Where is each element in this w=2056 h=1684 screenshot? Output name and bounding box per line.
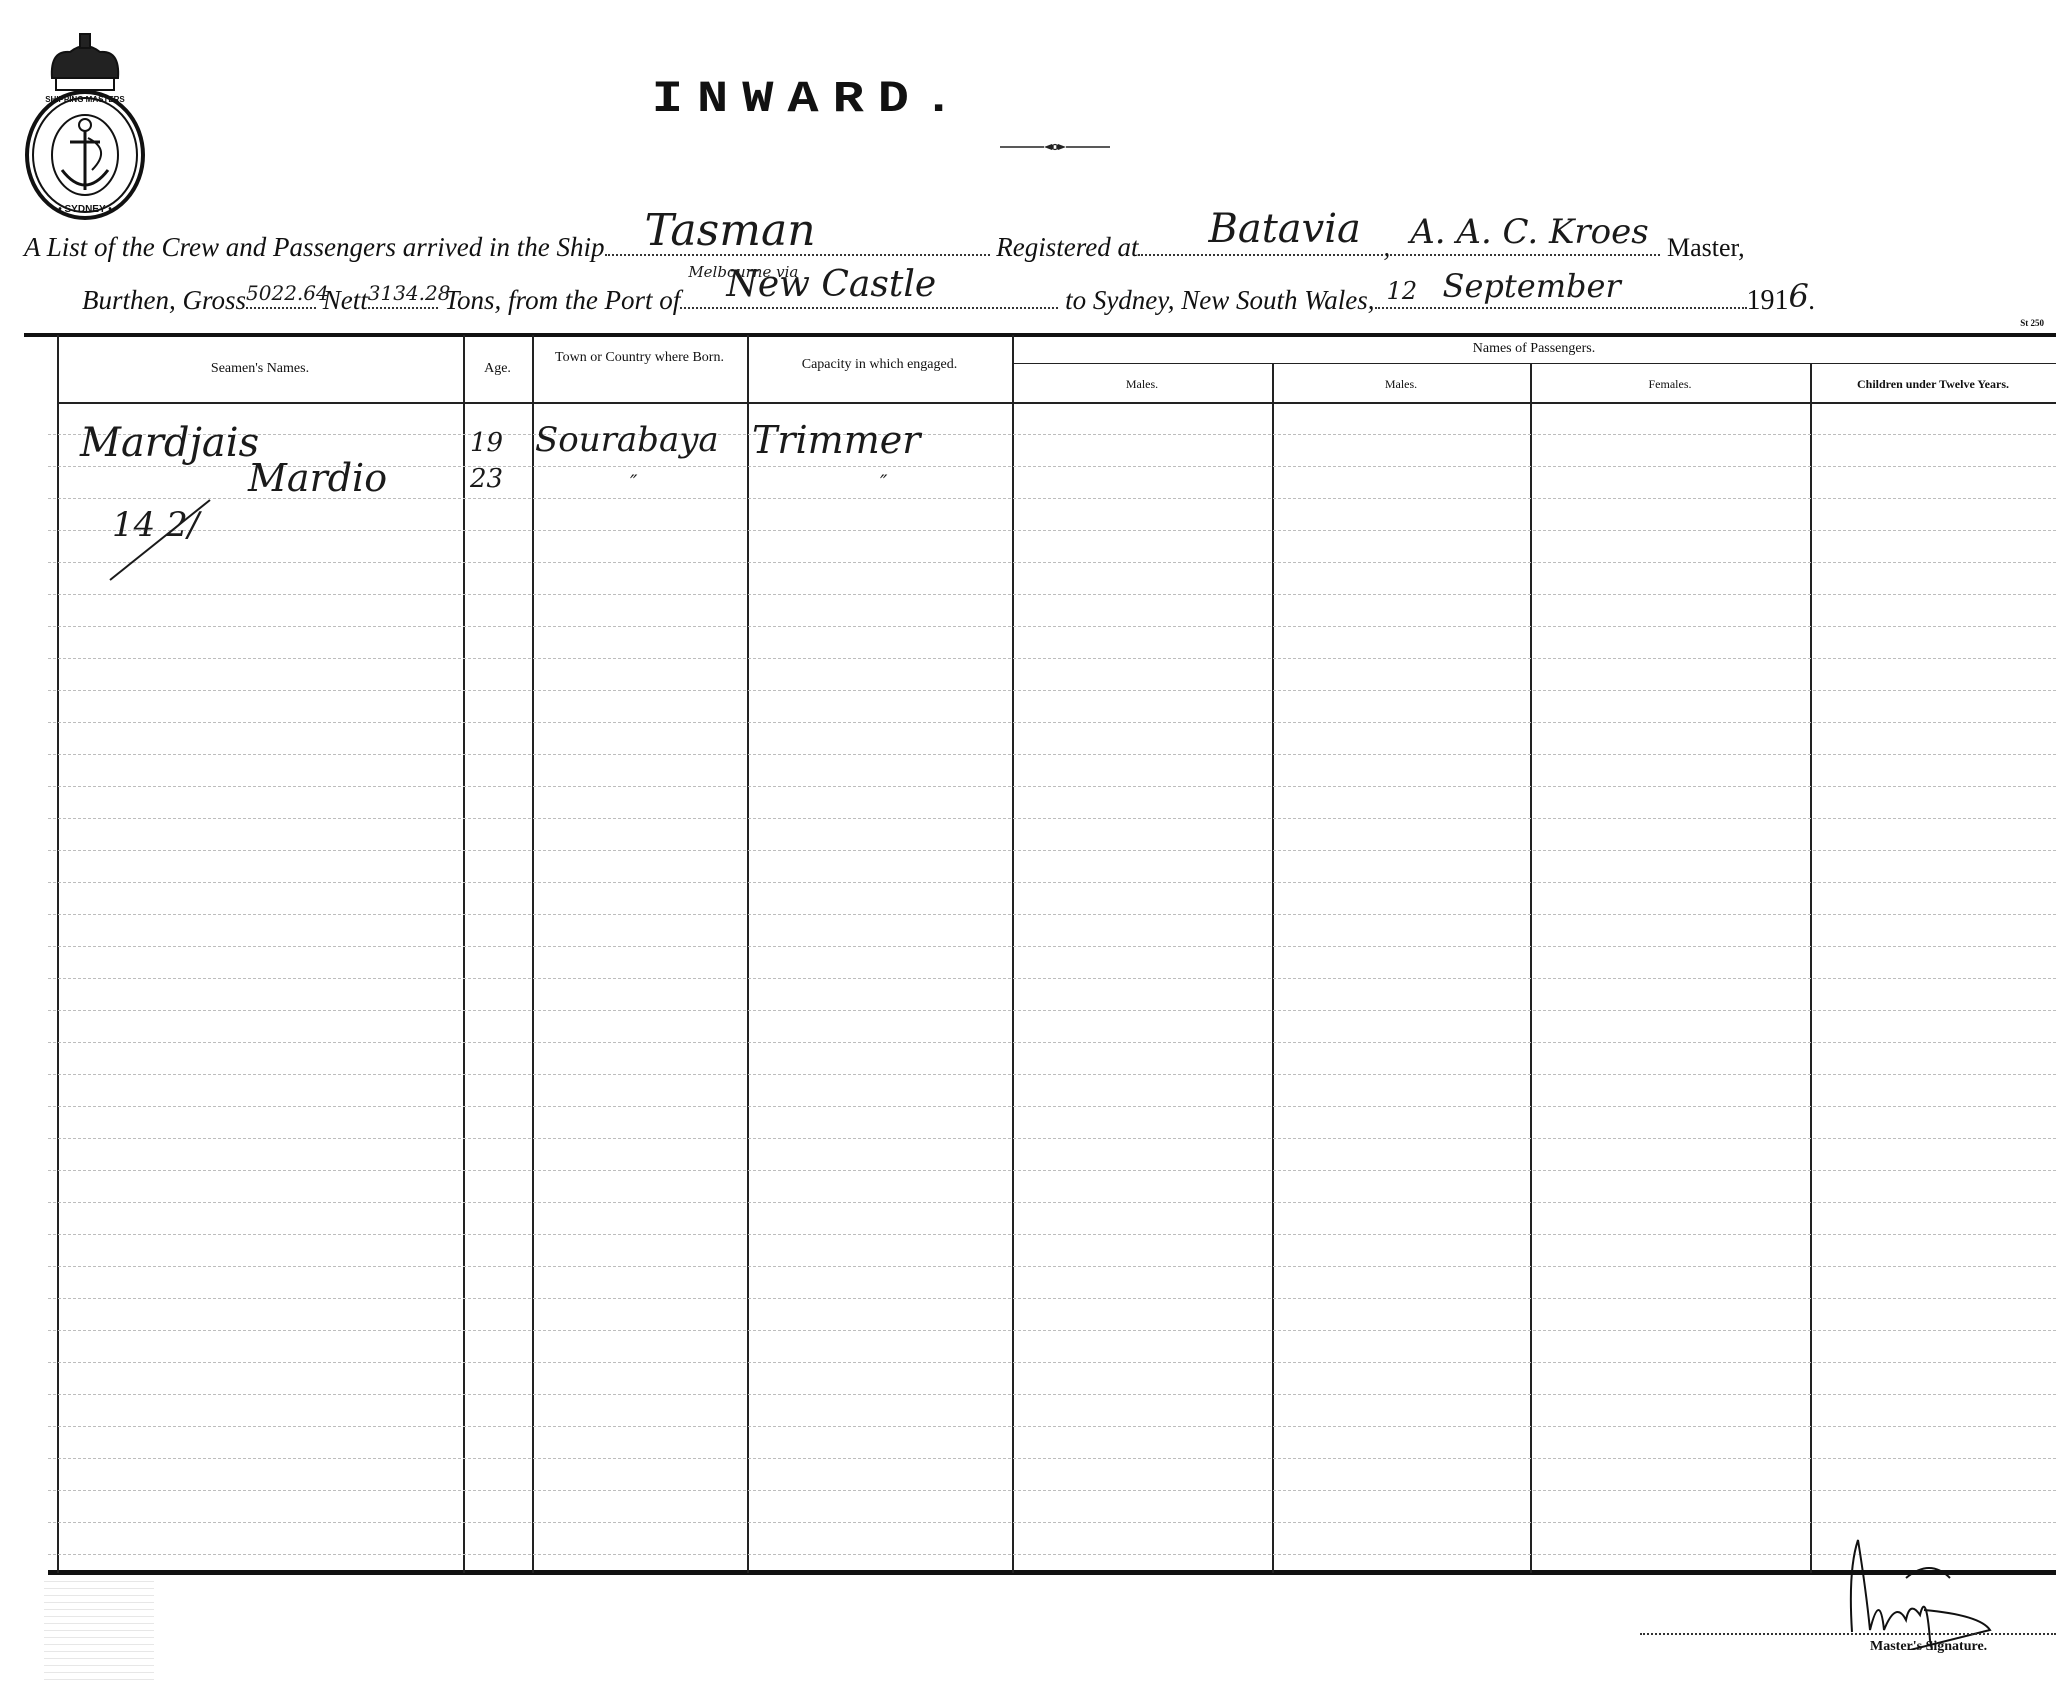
column-header-town-born: Town or Country where Born.	[552, 350, 727, 366]
column-divider	[1810, 364, 1812, 1573]
nett-label: Nett	[323, 285, 368, 315]
master-signature-label: Master's Signature.	[1870, 1639, 1987, 1655]
nett-tons-field: 3134.28	[368, 281, 438, 309]
ruled-line	[48, 1074, 2056, 1076]
year-period: .	[1809, 285, 1816, 315]
table-header-bottom-rule	[57, 402, 2056, 404]
column-header-age: Age.	[463, 361, 532, 377]
registered-at-label: Registered at	[996, 232, 1138, 262]
table-top-rule	[24, 333, 2056, 337]
ruled-line	[48, 626, 2056, 628]
arrival-date-field: 12September	[1375, 281, 1747, 309]
passengers-subheader-rule	[1012, 363, 2056, 364]
ruled-line	[48, 754, 2056, 756]
master-signature-scribble	[1840, 1530, 2020, 1650]
row-1-age: 19	[470, 428, 503, 458]
column-divider	[747, 335, 749, 1573]
ruled-line	[48, 722, 2056, 724]
column-header-males-1: Males.	[1012, 376, 1272, 392]
column-divider	[1012, 335, 1014, 1573]
ruled-line	[48, 434, 2056, 436]
comma-separator: ,	[1383, 232, 1390, 262]
row-2-capacity-ditto: ″	[880, 470, 887, 494]
ruled-line	[48, 1010, 2056, 1012]
registered-port-value: Batavia	[1208, 206, 1360, 252]
ruled-line	[48, 882, 2056, 884]
ruled-line	[48, 978, 2056, 980]
ship-name-field: Tasman	[605, 228, 990, 256]
ruled-line	[48, 1394, 2056, 1396]
shipping-masters-crest-icon: • SYDNEY • SHIPPING MASTERS	[22, 30, 148, 220]
ruled-line	[48, 1138, 2056, 1140]
margin-bleed-texture	[44, 1580, 154, 1680]
ruled-line	[48, 946, 2056, 948]
ruled-line	[48, 1458, 2056, 1460]
ruled-line	[48, 1170, 2056, 1172]
gross-tons-field: 5022.64	[246, 281, 316, 309]
list-caption: A List of the Crew and Passengers arrive…	[24, 232, 605, 262]
column-header-children: Children under Twelve Years.	[1810, 376, 2056, 392]
ruled-line	[48, 1522, 2056, 1524]
ruled-line	[48, 562, 2056, 564]
column-header-males-2: Males.	[1272, 376, 1530, 392]
ruled-line	[48, 786, 2056, 788]
ruled-line	[48, 658, 2056, 660]
master-name-field: A. A. C. Kroes	[1390, 228, 1660, 256]
gross-tons-value: 5022.64	[246, 281, 329, 305]
crest-sydney-text: • SYDNEY •	[58, 204, 112, 215]
header-line-ship: A List of the Crew and Passengers arrive…	[24, 228, 1745, 263]
ruled-line	[48, 914, 2056, 916]
port-from-field: Melbourne viaNew Castle	[680, 281, 1058, 309]
row-1-birthplace: Sourabaya	[535, 420, 719, 460]
column-divider	[57, 335, 59, 1573]
year-handwritten-digit: 6	[1789, 277, 1809, 315]
page-title: INWARD.	[0, 74, 1620, 124]
table-bottom-rule	[48, 1570, 2056, 1575]
ruled-line	[48, 1490, 2056, 1492]
to-sydney-label: to Sydney, New South Wales,	[1065, 285, 1374, 315]
row-1-capacity: Trimmer	[752, 418, 920, 462]
master-name-value: A. A. C. Kroes	[1410, 212, 1648, 252]
ruled-line	[48, 594, 2056, 596]
row-1-seaman-name: Mardjais	[80, 420, 259, 466]
ruled-line	[48, 1234, 2056, 1236]
column-divider	[1530, 364, 1532, 1573]
header-line-burthen: Burthen, Gross5022.64 Nett3134.28 Tons, …	[82, 279, 1816, 317]
row-2-seaman-name: Mardio	[248, 456, 387, 500]
row-2-age: 23	[470, 464, 503, 494]
title-flourish-divider	[1000, 140, 1110, 154]
column-divider	[1272, 364, 1274, 1573]
ruled-line	[48, 1426, 2056, 1428]
port-from-value: New Castle	[726, 264, 936, 305]
arrival-day-value: 12	[1387, 277, 1418, 305]
year-printed: 191	[1747, 285, 1789, 316]
ship-name-value: Tasman	[645, 205, 816, 256]
column-divider	[463, 335, 465, 1573]
tally-slash-mark	[100, 495, 220, 585]
ruled-line	[48, 1202, 2056, 1204]
ruled-line	[48, 1554, 2056, 1556]
column-header-capacity: Capacity in which engaged.	[747, 357, 1012, 373]
ruled-line	[48, 1042, 2056, 1044]
ruled-line	[48, 1330, 2056, 1332]
ruled-line	[48, 850, 2056, 852]
ruled-line	[48, 1298, 2056, 1300]
burthen-gross-label: Burthen, Gross	[82, 285, 246, 315]
ruled-line	[48, 690, 2056, 692]
ruled-line	[48, 1362, 2056, 1364]
row-2-birthplace-ditto: ″	[630, 470, 637, 494]
ruled-line	[48, 530, 2056, 532]
ruled-line	[48, 1266, 2056, 1268]
nett-tons-value: 3134.28	[368, 281, 451, 305]
arrival-month-value: September	[1443, 267, 1621, 305]
column-divider	[532, 335, 534, 1573]
ruled-line	[48, 818, 2056, 820]
master-label: Master,	[1667, 233, 1745, 262]
form-number: St 250	[2020, 318, 2044, 328]
column-header-females: Females.	[1530, 376, 1810, 392]
tons-from-port-label: Tons, from the Port of	[445, 285, 681, 315]
registered-port-field: Batavia	[1138, 228, 1383, 256]
signature-dotted-line	[1640, 1633, 2056, 1635]
ruled-line	[48, 1106, 2056, 1108]
column-header-seamens-names: Seamen's Names.	[57, 361, 463, 377]
column-header-names-of-passengers: Names of Passengers.	[1012, 341, 2056, 357]
